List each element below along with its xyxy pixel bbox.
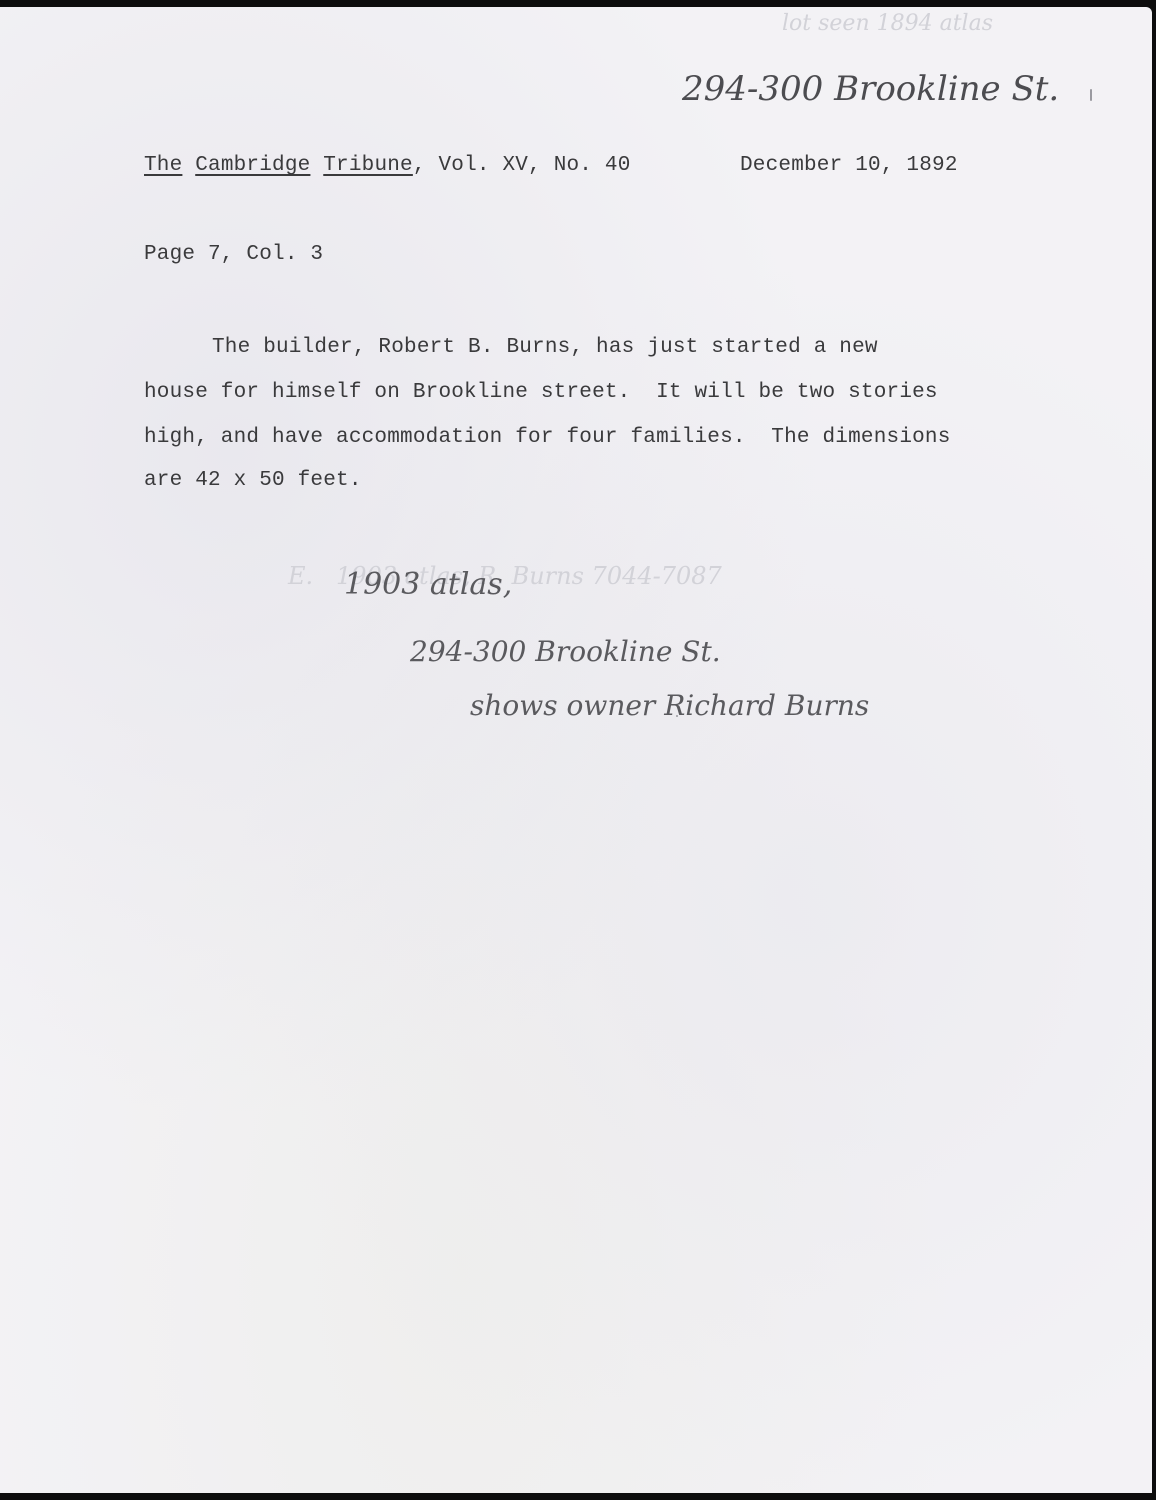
paper-speck xyxy=(676,715,678,717)
handwritten-owner-note: shows owner Richard Burns xyxy=(470,689,869,722)
erased-note-top: lot seen 1894 atlas xyxy=(782,11,993,36)
scanned-page: lot seen 1894 atlas 294-300 Brookline St… xyxy=(0,7,1152,1493)
publication-name-the: The xyxy=(144,154,182,177)
article-line-1: The builder, Robert B. Burns, has just s… xyxy=(212,336,878,359)
handwritten-address-top: 294-300 Brookline St. xyxy=(682,69,1059,109)
article-line-3: high, and have accommodation for four fa… xyxy=(144,426,951,449)
page-column-location: Page 7, Col. 3 xyxy=(144,243,323,266)
handwritten-address-bottom: 294-300 Brookline St. xyxy=(410,635,721,668)
publication-name-tribune: Tribune xyxy=(323,154,413,177)
publication-date: December 10, 1892 xyxy=(740,154,958,177)
paper-speck xyxy=(1090,89,1092,101)
article-line-4: are 42 x 50 feet. xyxy=(144,469,362,492)
volume-info: , Vol. XV, No. 40 xyxy=(413,154,631,177)
article-line-2: house for himself on Brookline street. I… xyxy=(144,381,938,404)
publication-name-cambridge: Cambridge xyxy=(195,154,310,177)
citation-header: The Cambridge Tribune, Vol. XV, No. 40 xyxy=(144,154,631,177)
handwritten-atlas-note: 1903 atlas, xyxy=(344,567,512,602)
